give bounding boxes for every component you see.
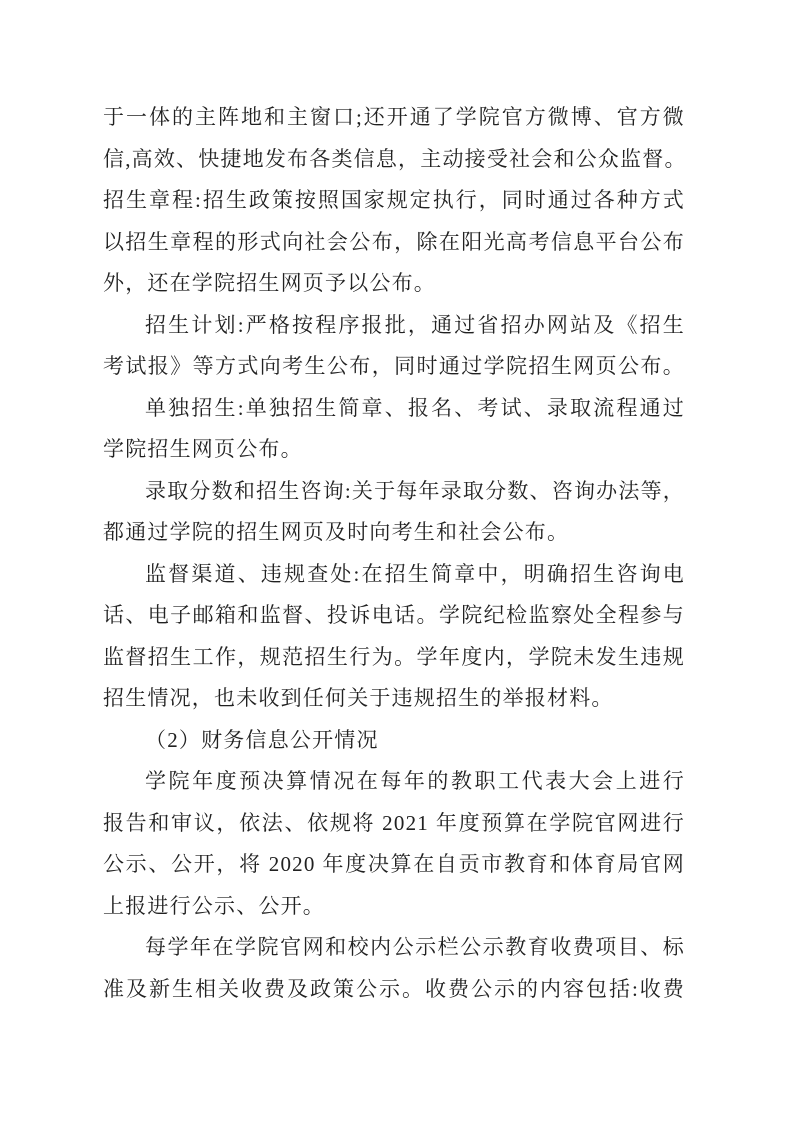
document-text-block: 于一体的主阵地和主窗口;还开通了学院官方微博、官方微 信,高效、快捷地发布各类信… bbox=[103, 97, 685, 1010]
text-line: 准及新生相关收费及政策公示。收费公示的内容包括:收费 bbox=[103, 969, 685, 1011]
document-page: 于一体的主阵地和主窗口;还开通了学院官方微博、官方微 信,高效、快捷地发布各类信… bbox=[0, 0, 793, 1122]
text-line: 每学年在学院官网和校内公示栏公示教育收费项目、标 bbox=[103, 927, 685, 969]
text-line: 公示、公开，将 2020 年度决算在自贡市教育和体育局官网 bbox=[103, 844, 685, 886]
text-line: 监督招生工作，规范招生行为。学年度内，学院未发生违规 bbox=[103, 637, 685, 679]
text-line: 以招生章程的形式向社会公布，除在阳光高考信息平台公布 bbox=[103, 222, 685, 264]
text-line: 报告和审议，依法、依规将 2021 年度预算在学院官网进行 bbox=[103, 803, 685, 845]
heading-financial-disclosure: （2）财务信息公开情况 bbox=[103, 720, 685, 762]
text-line: 学院招生网页公布。 bbox=[103, 429, 685, 471]
text-line: 监督渠道、违规查处:在招生简章中，明确招生咨询电 bbox=[103, 554, 685, 596]
text-line: 录取分数和招生咨询:关于每年录取分数、咨询办法等， bbox=[103, 471, 685, 513]
text-line: 于一体的主阵地和主窗口;还开通了学院官方微博、官方微 bbox=[103, 97, 685, 139]
text-line: 考试报》等方式向考生公布，同时通过学院招生网页公布。 bbox=[103, 346, 685, 388]
text-line: 外，还在学院招生网页予以公布。 bbox=[103, 263, 685, 305]
paragraph-admission-plan: 招生计划:严格按程序报批，通过省招办网站及《招生 考试报》等方式向考生公布，同时… bbox=[103, 305, 685, 388]
paragraph-admission-scores: 录取分数和招生咨询:关于每年录取分数、咨询办法等， 都通过学院的招生网页及时向考… bbox=[103, 471, 685, 554]
section-heading: （2）财务信息公开情况 bbox=[103, 720, 685, 762]
paragraph-continuation: 于一体的主阵地和主窗口;还开通了学院官方微博、官方微 信,高效、快捷地发布各类信… bbox=[103, 97, 685, 305]
paragraph-supervision: 监督渠道、违规查处:在招生简章中，明确招生咨询电 话、电子邮箱和监督、投诉电话。… bbox=[103, 554, 685, 720]
text-line: 招生计划:严格按程序报批，通过省招办网站及《招生 bbox=[103, 305, 685, 347]
paragraph-fees-disclosure: 每学年在学院官网和校内公示栏公示教育收费项目、标 准及新生相关收费及政策公示。收… bbox=[103, 927, 685, 1010]
text-line: 学院年度预决算情况在每年的教职工代表大会上进行 bbox=[103, 761, 685, 803]
text-line: 都通过学院的招生网页及时向考生和社会公布。 bbox=[103, 512, 685, 554]
text-line: 招生情况，也未收到任何关于违规招生的举报材料。 bbox=[103, 678, 685, 720]
paragraph-budget: 学院年度预决算情况在每年的教职工代表大会上进行 报告和审议，依法、依规将 202… bbox=[103, 761, 685, 927]
text-line: 话、电子邮箱和监督、投诉电话。学院纪检监察处全程参与 bbox=[103, 595, 685, 637]
text-line: 上报进行公示、公开。 bbox=[103, 886, 685, 928]
text-line: 信,高效、快捷地发布各类信息，主动接受社会和公众监督。 bbox=[103, 139, 685, 181]
paragraph-separate-admission: 单独招生:单独招生简章、报名、考试、录取流程通过 学院招生网页公布。 bbox=[103, 388, 685, 471]
text-line: 单独招生:单独招生简章、报名、考试、录取流程通过 bbox=[103, 388, 685, 430]
text-line: 招生章程:招生政策按照国家规定执行，同时通过各种方式 bbox=[103, 180, 685, 222]
